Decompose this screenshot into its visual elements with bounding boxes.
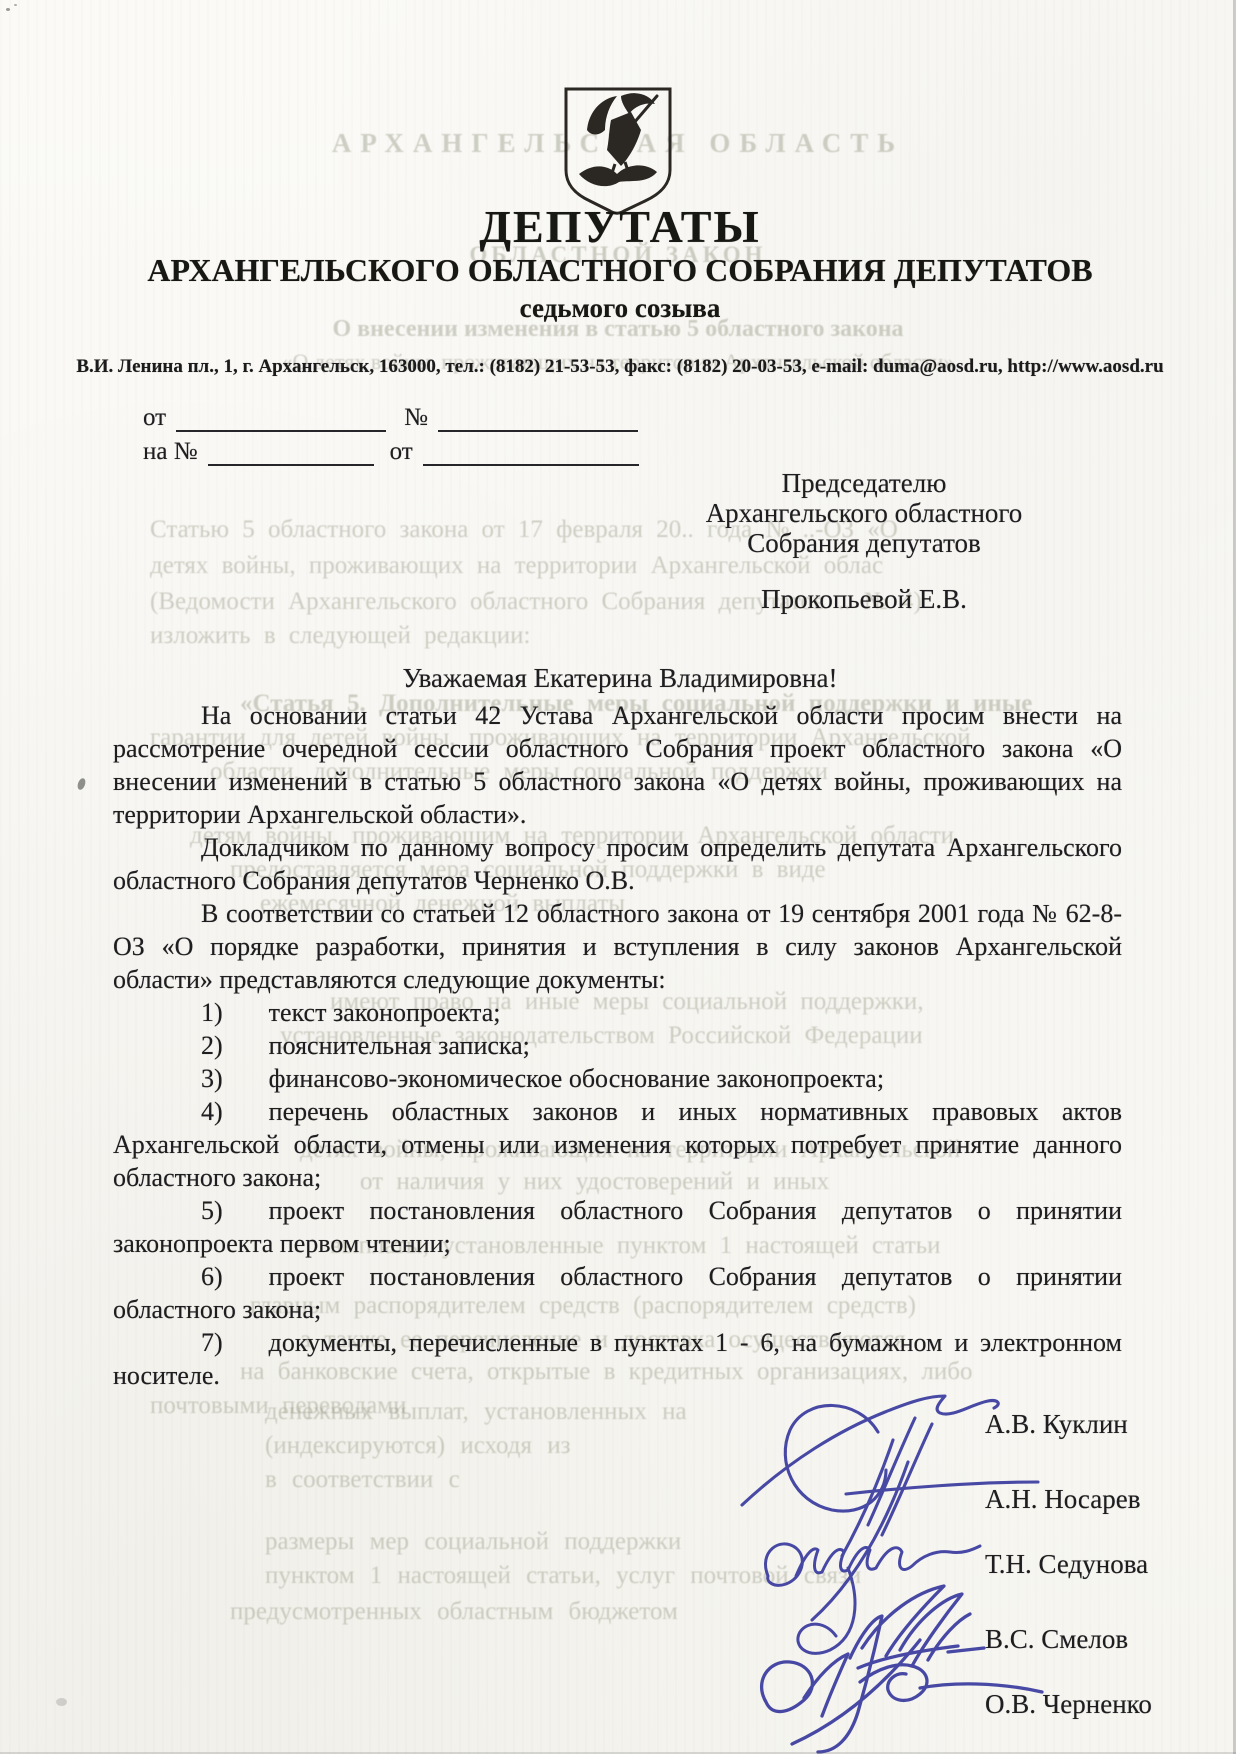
list-item: 2)пояснительная записка; — [113, 1029, 1122, 1062]
reply-number-blank — [208, 440, 374, 466]
addressee-name: Прокопьевой Е.В. — [688, 584, 1040, 614]
signer-name-kuklin: А.В. Куклин — [985, 1409, 1128, 1440]
outgoing-date-blank — [176, 406, 386, 432]
bleed-through-line: предусмотренных областным бюджетом — [230, 1598, 678, 1626]
number-label: № — [404, 404, 428, 432]
list-item-marker: 6) — [201, 1262, 223, 1291]
list-item-marker: 5) — [201, 1196, 223, 1225]
list-item-marker: 7) — [201, 1328, 223, 1357]
bleed-through-line: пунктом 1 настоящей статьи, услуг почтов… — [265, 1562, 861, 1590]
bleed-through-line: в соответствии с — [265, 1466, 460, 1494]
list-item: 7)документы, перечисленные в пунктах 1 -… — [113, 1326, 1122, 1392]
signer-name-chernenko: О.В. Черненко — [985, 1689, 1152, 1720]
salutation: Уважаемая Екатерина Владимировна! — [0, 663, 1236, 694]
signature-ink-smelov — [792, 1586, 984, 1744]
letterhead-contact-line: В.И. Ленина пл., 1, г. Архангельск, 1630… — [0, 356, 1236, 378]
ink-speck — [56, 1698, 67, 1706]
list-item: 5)проект постановления областного Собран… — [113, 1194, 1122, 1260]
letterhead-convocation: седьмого созыва — [0, 293, 1236, 324]
signer-name-nosarev: А.Н. Носарев — [985, 1484, 1140, 1515]
list-item: 3)финансово-экономическое обоснование за… — [113, 1062, 1122, 1095]
ink-speck — [14, 4, 17, 6]
body-paragraph: В соответствии со статьей 12 областного … — [113, 897, 1122, 996]
list-item-marker: 3) — [201, 1064, 223, 1093]
bleed-through-line: денежных выплат, установленных на — [265, 1398, 687, 1426]
letter-body: На основании статьи 42 Устава Архангельс… — [113, 699, 1122, 1392]
letterhead-organization: АРХАНГЕЛЬСКОГО ОБЛАСТНОГО СОБРАНИЯ ДЕПУТ… — [0, 252, 1236, 289]
bleed-through-line: размеры мер социальной поддержки — [265, 1528, 681, 1556]
list-item-text: документы, перечисленные в пунктах 1 - 6… — [113, 1328, 1122, 1390]
list-item-text: финансово-экономическое обоснование зако… — [269, 1064, 884, 1093]
list-item-marker: 4) — [201, 1097, 223, 1126]
addressee-line: Архангельского областного — [688, 498, 1040, 528]
list-item-marker: 1) — [201, 998, 223, 1027]
reply-from-label: от — [390, 438, 413, 466]
body-paragraph: Докладчиком по данному вопросу просим оп… — [113, 831, 1122, 897]
signer-name-smelov: В.С. Смелов — [985, 1624, 1128, 1655]
coat-of-arms-icon — [559, 86, 677, 216]
list-item-text: проект постановления областного Собрания… — [113, 1262, 1122, 1324]
body-paragraph: На основании статьи 42 Устава Архангельс… — [113, 699, 1122, 831]
signer-name-sedunova: Т.Н. Седунова — [985, 1549, 1148, 1580]
bleed-through-line: изложить в следующей редакции: — [150, 622, 530, 650]
list-item-text: проект постановления областного Собрания… — [113, 1196, 1122, 1258]
list-item-text: текст законопроекта; — [269, 998, 501, 1027]
outgoing-number-blank — [438, 406, 638, 432]
signature-ink-sedunova — [765, 1544, 980, 1653]
scanned-letter-page: АРХАНГЕЛЬСКАЯ ОБЛАСТЬ ОБЛАСТНОЙ ЗАКОН О … — [0, 0, 1236, 1754]
ink-speck — [6, 8, 10, 11]
list-item-text: пояснительная записка; — [269, 1031, 530, 1060]
reference-row-outgoing: от № — [143, 398, 683, 432]
reference-fields: от № на № от — [143, 398, 683, 466]
addressee-line: Собрания депутатов — [688, 528, 1040, 558]
reply-number-label: на № — [143, 438, 198, 466]
list-item: 4)перечень областных законов и иных норм… — [113, 1095, 1122, 1194]
list-item: 1)текст законопроекта; — [113, 996, 1122, 1029]
letterhead-title: ДЕПУТАТЫ — [0, 200, 1236, 253]
list-item-text: перечень областных законов и иных нормат… — [113, 1097, 1122, 1192]
from-label: от — [143, 404, 166, 432]
addressee-block: Председателю Архангельского областного С… — [688, 468, 1040, 614]
reply-date-blank — [423, 440, 639, 466]
list-item: 6)проект постановления областного Собран… — [113, 1260, 1122, 1326]
reference-row-reply: на № от — [143, 432, 683, 466]
ink-speck — [76, 777, 87, 791]
addressee-line: Председателю — [688, 468, 1040, 498]
bleed-through-line: (индексируются) исходя из — [265, 1432, 571, 1460]
list-item-marker: 2) — [201, 1031, 223, 1060]
